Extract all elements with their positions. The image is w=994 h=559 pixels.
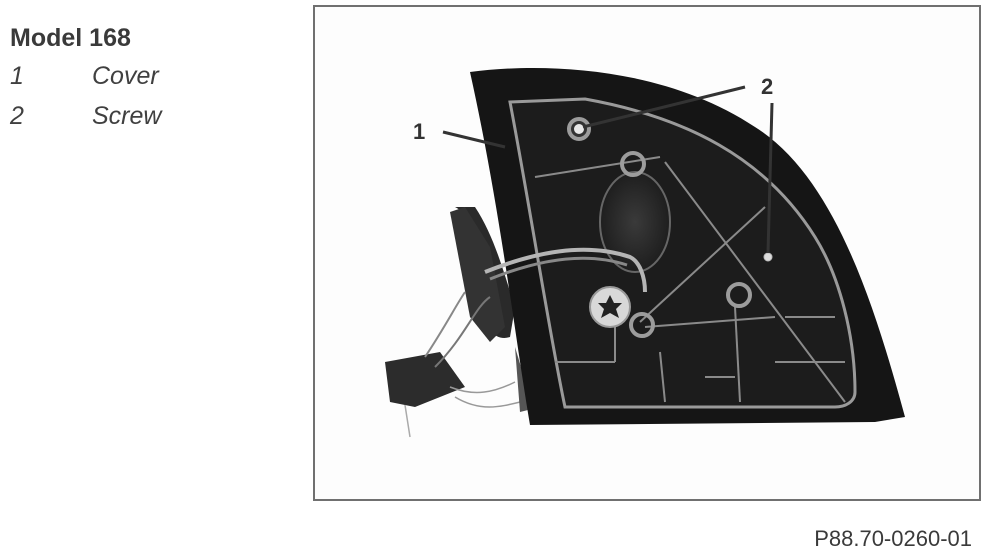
legend-item-cover: 1 Cover — [10, 56, 161, 96]
legend-item-number: 2 — [10, 96, 92, 136]
callout-label-2: 2 — [761, 74, 773, 99]
figure-photo: 1 2 — [315, 7, 979, 499]
screw-icon — [764, 253, 772, 261]
lamp-socket — [600, 172, 670, 272]
figure-reference-number: P88.70-0260-01 — [814, 526, 972, 552]
legend: Model 168 1 Cover 2 Screw — [10, 20, 161, 136]
callout-label-1: 1 — [413, 119, 425, 144]
legend-item-label: Cover — [92, 56, 159, 96]
legend-item-label: Screw — [92, 96, 161, 136]
figure-frame: 1 2 — [313, 5, 981, 501]
legend-title: Model 168 — [10, 20, 161, 56]
legend-item-screw: 2 Screw — [10, 96, 161, 136]
legend-item-number: 1 — [10, 56, 92, 96]
screw-icon — [574, 124, 584, 134]
torx-screw — [590, 287, 630, 327]
